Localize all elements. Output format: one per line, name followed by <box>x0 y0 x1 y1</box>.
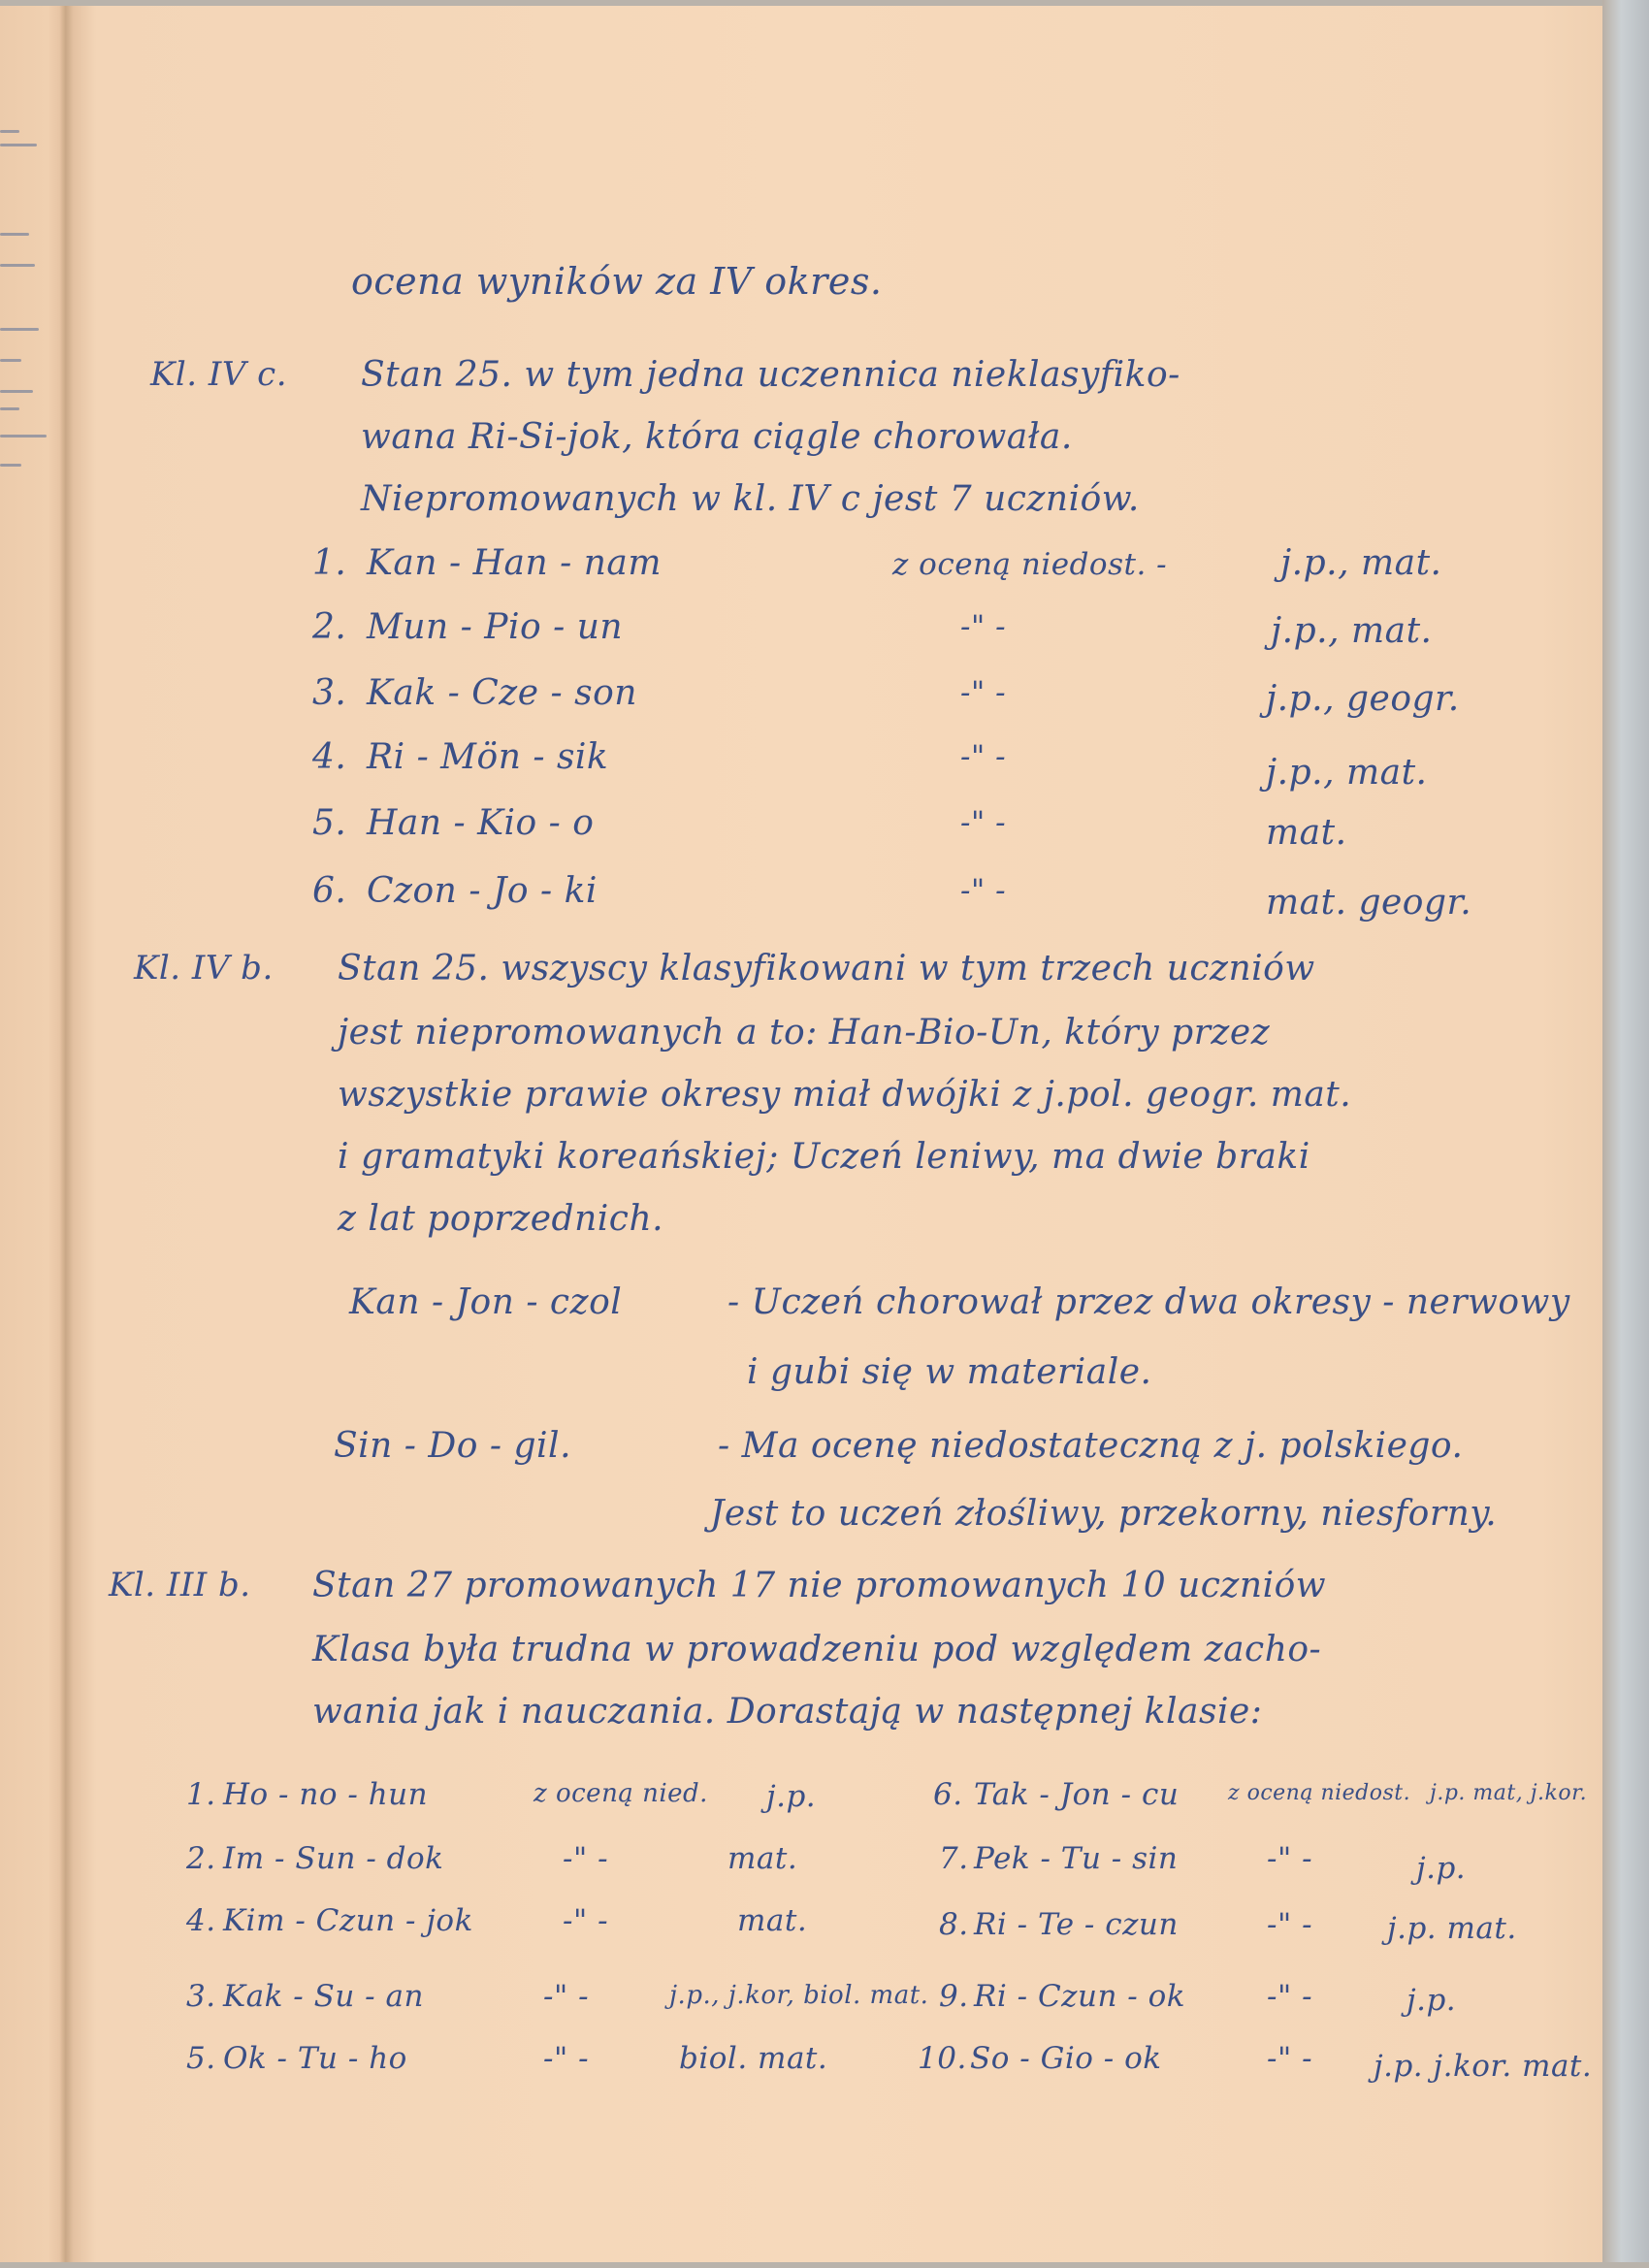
grade-note: -" - <box>960 675 1006 710</box>
subjects: j.p., geogr. <box>1266 679 1460 719</box>
note-continuation: Jest to uczeń złośliwy, przekorny, niesf… <box>710 1494 1497 1534</box>
student-name: Mun - Pio - un <box>367 607 623 647</box>
grade-note: z oceną niedost. - <box>892 547 1167 582</box>
grade-note: -" - <box>960 739 1006 774</box>
grade-note: z oceną niedost. <box>1228 1781 1410 1805</box>
student-number: 5. <box>312 803 346 843</box>
subjects: j.p. <box>1406 1983 1456 2018</box>
grade-note: -" - <box>563 1841 608 1876</box>
grade-note: -" - <box>1267 1907 1312 1942</box>
subjects: j.p. j.kor. mat. <box>1374 2049 1592 2084</box>
class-label-iv-c: Kl. IV c. <box>150 355 287 394</box>
subjects: mat. <box>1266 813 1347 853</box>
subjects: j.p. mat. <box>1387 1911 1517 1946</box>
student-number: 5. <box>186 2041 216 2076</box>
section-line: Niepromowanych w kl. IV c jest 7 uczniów… <box>361 479 1140 519</box>
subjects: j.p. <box>766 1779 816 1814</box>
class-label-iv-b: Kl. IV b. <box>134 949 274 988</box>
subjects: j.p., mat. <box>1280 543 1442 583</box>
section-line: Klasa była trudna w prowadzeniu pod wzgl… <box>312 1630 1321 1669</box>
grade-note: -" - <box>960 609 1006 644</box>
student-number: 4. <box>186 1903 216 1938</box>
scan-bottom-border <box>0 2262 1649 2268</box>
section-line: i gramatyki koreańskiej; Uczeń leniwy, m… <box>338 1137 1310 1177</box>
student-number: 4. <box>312 737 346 777</box>
note-text: - Ma ocenę niedostateczną z j. polskiego… <box>718 1426 1463 1466</box>
student-number: 1. <box>186 1777 216 1812</box>
student-name: Han - Kio - o <box>367 803 594 843</box>
student-name: Kak - Cze - son <box>367 673 637 713</box>
student-number: 6. <box>933 1777 963 1812</box>
page-title: ocena wyników za IV okres. <box>351 260 882 303</box>
section-line: wania jak i nauczania. Dorastają w nastę… <box>312 1692 1262 1732</box>
note-continuation: i gubi się w materiale. <box>747 1352 1152 1392</box>
student-number: 1. <box>312 543 346 583</box>
previous-page-ink-bleed <box>0 0 58 2268</box>
grade-note: -" - <box>1267 1841 1312 1876</box>
grade-note: z oceną nied. <box>533 1779 708 1808</box>
student-number: 9. <box>939 1979 969 2014</box>
student-name: Ri - Te - czun <box>974 1907 1179 1942</box>
subjects: mat. <box>727 1841 797 1876</box>
section-line: Stan 27 promowanych 17 nie promowanych 1… <box>312 1566 1326 1605</box>
student-number: 2. <box>312 607 346 647</box>
grade-note: -" - <box>1267 2041 1312 2076</box>
subjects: mat. geogr. <box>1266 883 1471 923</box>
grade-note: -" - <box>543 1979 589 2014</box>
student-name: Ri - Mön - sik <box>367 737 608 777</box>
student-name: Ok - Tu - ho <box>223 2041 407 2076</box>
section-line: wszystkie prawie okresy miał dwójki z j.… <box>338 1075 1351 1115</box>
subjects: biol. mat. <box>679 2041 827 2076</box>
student-name: Kak - Su - an <box>223 1979 424 2014</box>
student-number: 3. <box>312 673 346 713</box>
grade-note: -" - <box>960 873 1006 908</box>
student-number: 7. <box>939 1841 969 1876</box>
subjects: j.p. mat, j.kor. <box>1430 1781 1587 1805</box>
student-name: Kim - Czun - jok <box>223 1903 473 1938</box>
student-name: Tak - Jon - cu <box>974 1777 1179 1812</box>
student-number: 10. <box>918 2041 967 2076</box>
section-line: Stan 25. w tym jedna uczennica nieklasyf… <box>361 355 1180 395</box>
class-label-iii-b: Kl. III b. <box>109 1566 251 1604</box>
subjects: j.p., j.kor, biol. mat. <box>669 1981 928 2010</box>
student-name: Pek - Tu - sin <box>974 1841 1178 1876</box>
student-name: Kan - Jon - czol <box>349 1282 622 1322</box>
section-line: Stan 25. wszyscy klasyfikowani w tym trz… <box>338 949 1315 988</box>
scan-right-border <box>1602 0 1649 2268</box>
student-number: 8. <box>939 1907 969 1942</box>
grade-note: -" - <box>1267 1979 1312 2014</box>
student-name: Sin - Do - gil. <box>334 1426 571 1466</box>
section-line: z lat poprzednich. <box>338 1199 663 1239</box>
student-name: Ho - no - hun <box>223 1777 428 1812</box>
student-name: Ri - Czun - ok <box>974 1979 1185 2014</box>
section-line: wana Ri-Si-jok, która ciągle chorowała. <box>361 417 1073 457</box>
student-number: 6. <box>312 871 346 911</box>
subjects: mat. <box>737 1903 807 1938</box>
grade-note: -" - <box>960 805 1006 840</box>
student-name: Im - Sun - dok <box>223 1841 443 1876</box>
student-name: Czon - Jo - ki <box>367 871 598 911</box>
subjects: j.p. <box>1416 1851 1466 1886</box>
subjects: j.p., mat. <box>1266 753 1428 793</box>
note-text: - Uczeń chorował przez dwa okresy - nerw… <box>727 1282 1570 1322</box>
section-line: jest niepromowanych a to: Han-Bio-Un, kt… <box>338 1013 1270 1053</box>
student-name: Kan - Han - nam <box>367 543 662 583</box>
grade-note: -" - <box>563 1903 608 1938</box>
student-number: 2. <box>186 1841 216 1876</box>
student-number: 3. <box>186 1979 216 2014</box>
student-name: So - Gio - ok <box>970 2041 1162 2076</box>
subjects: j.p., mat. <box>1271 611 1433 651</box>
grade-note: -" - <box>543 2041 589 2076</box>
